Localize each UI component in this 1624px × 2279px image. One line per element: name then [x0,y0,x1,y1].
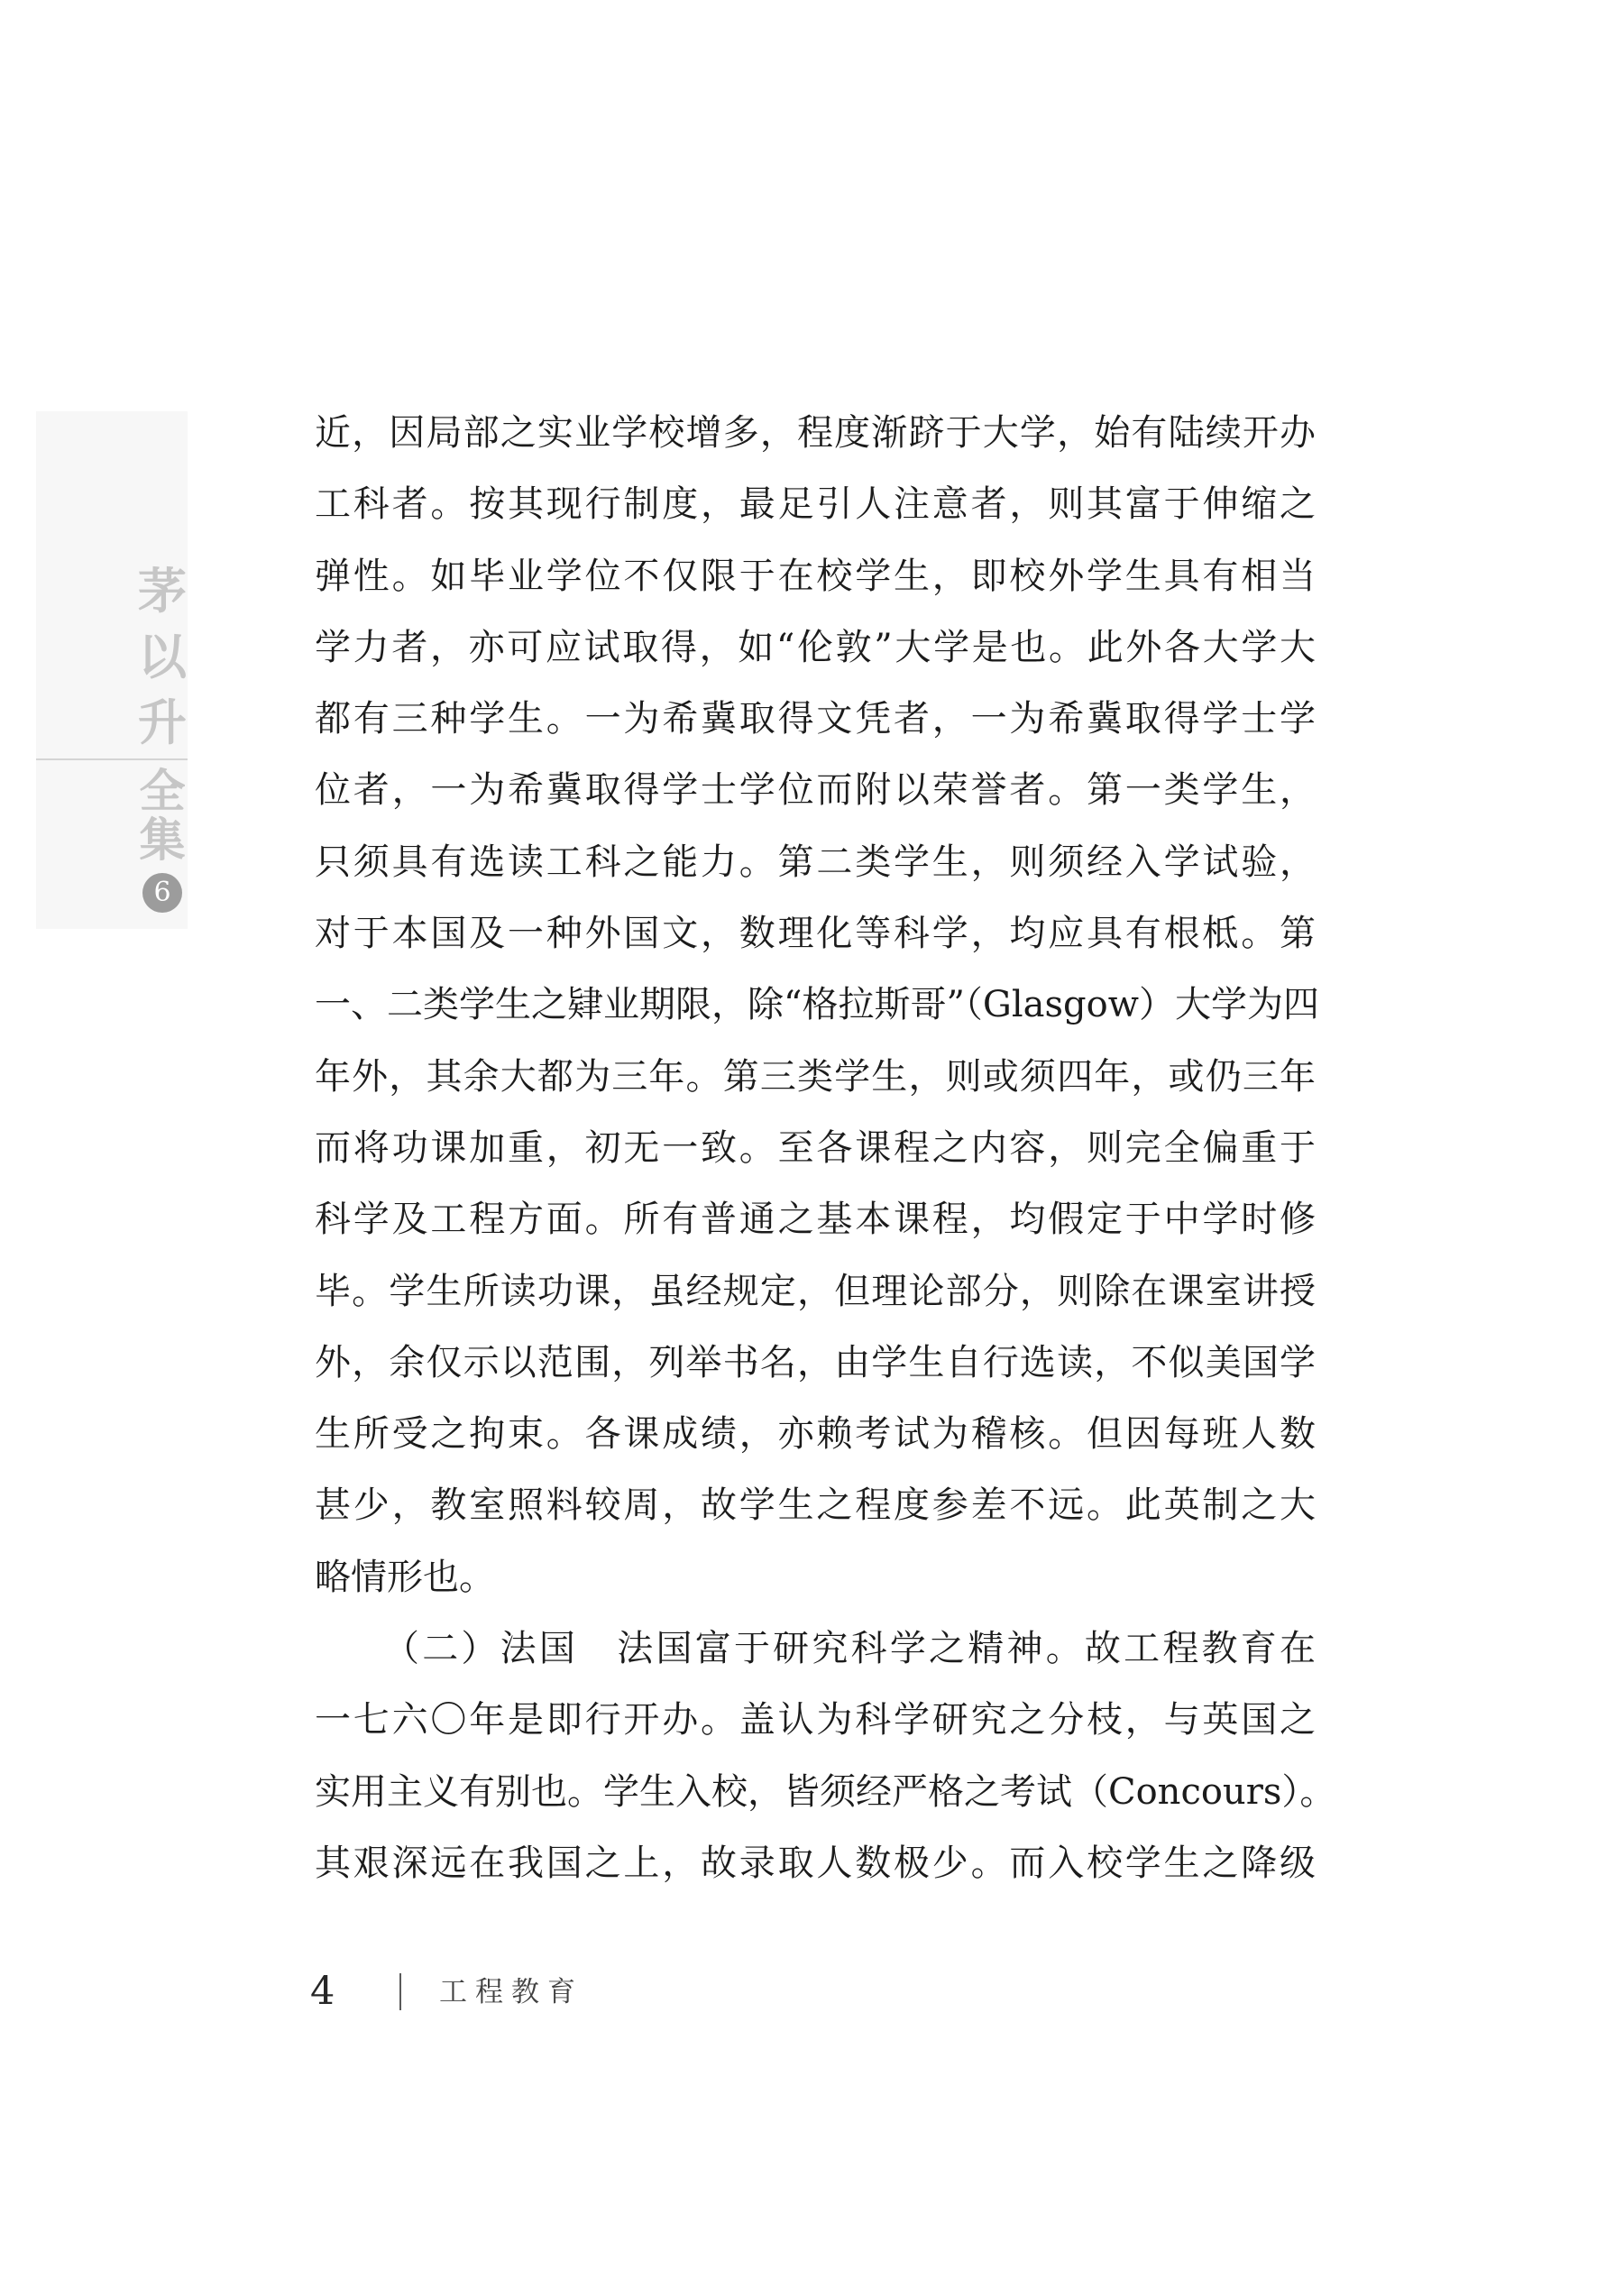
page-footer: 4 工程教育 [0,1969,1624,2014]
series-subtitle-vertical: 全集 [136,767,188,865]
text-line: 都有三种学生。一为希冀取得文凭者，一为希冀取得学士学 [315,684,1316,755]
text-line: 一、二类学生之肄业期限，除“格拉斯哥”（Glasgow）大学为四 [315,969,1316,1041]
text-line: 甚少，教室照料较周，故学生之程度参差不远。此英制之大 [315,1470,1316,1541]
sidebar-divider-line [36,758,188,760]
series-title-vertical: 茅以升 [136,558,188,756]
page-body: 近，因局部之实业学校增多，程度渐跻于大学，始有陆续开办 工科者。按其现行制度，最… [315,398,1316,1899]
text-line: 年外，其余大都为三年。第三类学生，则或须四年，或仍三年 [315,1042,1316,1113]
text-line: 工科者。按其现行制度，最足引人注意者，则其富于伸缩之 [315,469,1316,540]
text-line: 一七六〇年是即行开办。盖认为科学研究之分枝，与英国之 [315,1685,1316,1756]
volume-number: 6 [153,879,170,906]
text-line: 只须具有选读工科之能力。第二类学生，则须经入学试验， [315,827,1316,898]
text-line: 位者，一为希冀取得学士学位而附以荣誉者。第一类学生， [315,755,1316,826]
text-line-paragraph-start: （二）法国 法国富于研究科学之精神。故工程教育在 [315,1613,1316,1685]
text-line: 近，因局部之实业学校增多，程度渐跻于大学，始有陆续开办 [315,398,1316,469]
volume-badge: 6 [142,873,182,913]
text-line: 外，余仅示以范围，列举书名，由学生自行选读，不似美国学 [315,1328,1316,1399]
text-line: 其艰深远在我国之上，故录取人数极少。而入校学生之降级 [315,1828,1316,1899]
text-line: 实用主义有别也。学生入校，皆须经严格之考试（Concours）。 [315,1757,1316,1828]
page-number: 4 [310,1969,335,2014]
text-line: 科学及工程方面。所有普通之基本课程，均假定于中学时修 [315,1184,1316,1255]
text-line: 而将功课加重，初无一致。至各课程之内容，则完全偏重于 [315,1113,1316,1184]
text-line: 对于本国及一种外国文，数理化等科学，均应具有根柢。第 [315,898,1316,969]
book-page: 茅以升 全集 6 近，因局部之实业学校增多，程度渐跻于大学，始有陆续开办 工科者… [0,0,1624,2279]
text-line-paragraph-end: 略情形也。 [315,1542,1316,1613]
sidebar-panel: 茅以升 全集 6 [36,411,188,929]
footer-divider-line [399,1973,401,2010]
running-title: 工程教育 [439,1977,583,2008]
text-line: 弹性。如毕业学位不仅限于在校学生，即校外学生具有相当 [315,541,1316,612]
text-line: 生所受之拘束。各课成绩，亦赖考试为稽核。但因每班人数 [315,1399,1316,1470]
text-line: 毕。学生所读功课，虽经规定，但理论部分，则除在课室讲授 [315,1256,1316,1328]
text-line: 学力者，亦可应试取得，如“伦敦”大学是也。此外各大学大 [315,612,1316,684]
